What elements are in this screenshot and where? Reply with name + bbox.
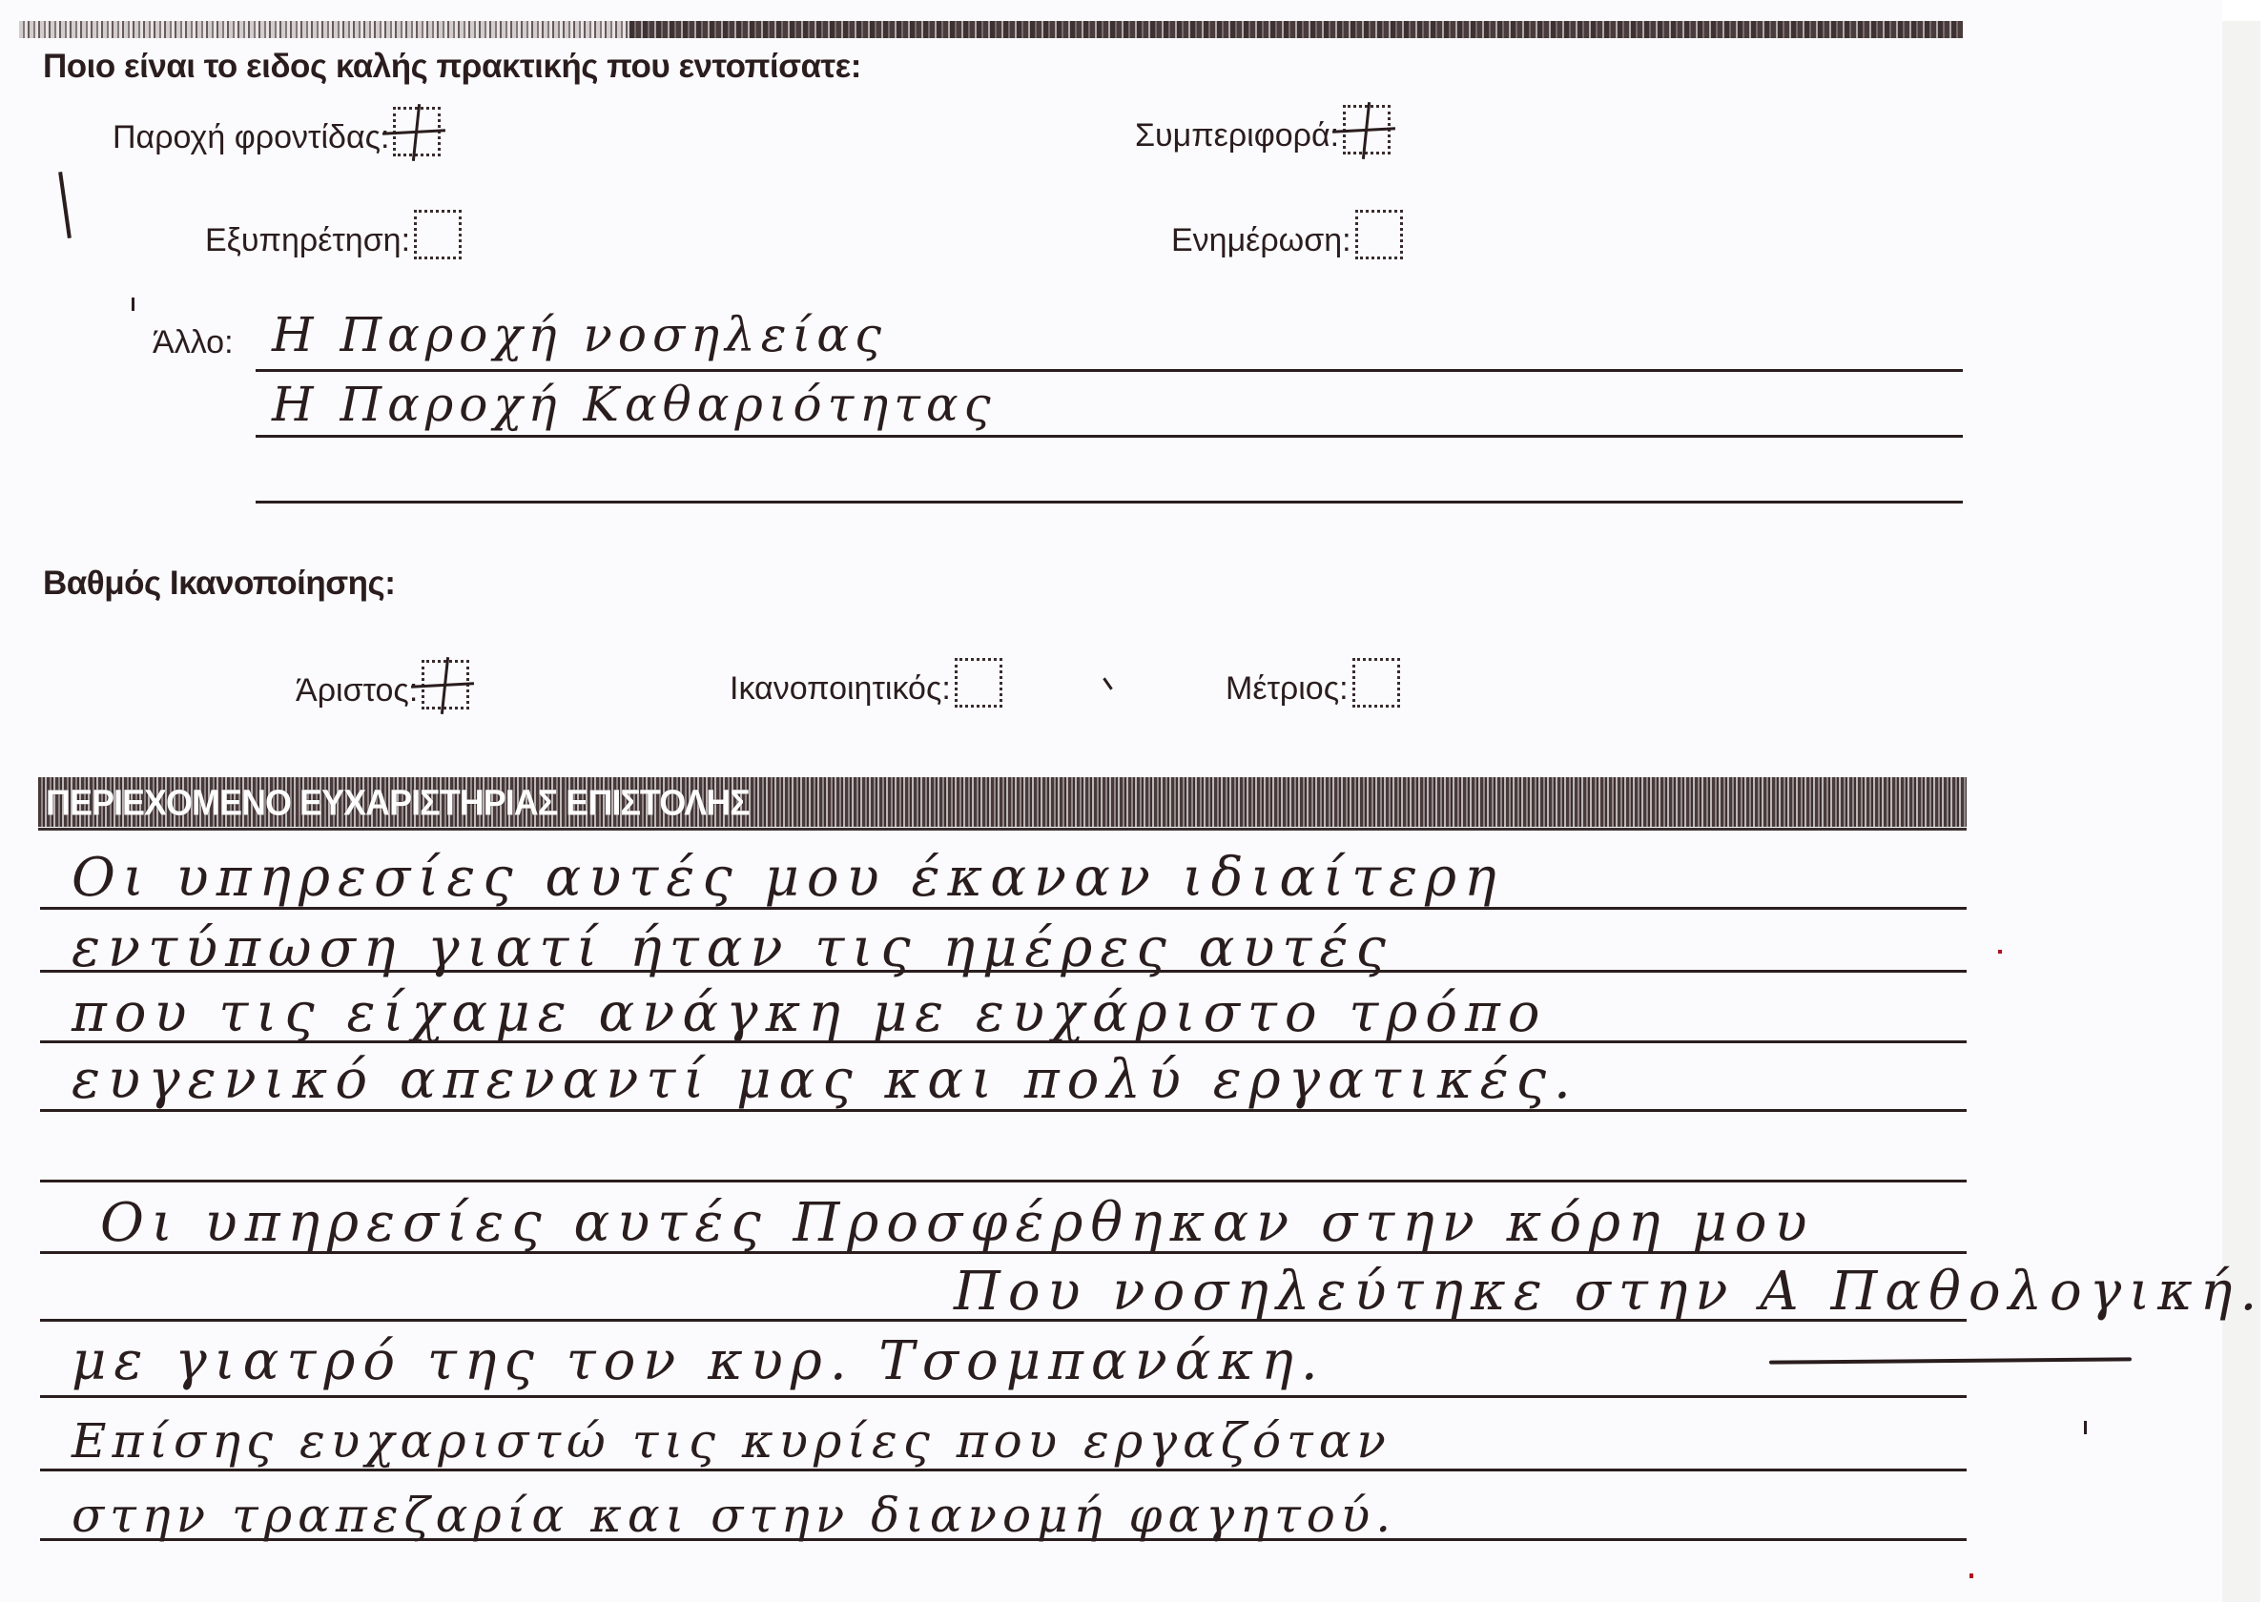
letter-content-heading: ΠΕΡΙΕΧΟΜΕΝΟ ΕΥΧΑΡΙΣΤΗΡΙΑΣ ΕΠΙΣΤΟΛΗΣ [46,782,750,824]
letter-line-1[interactable]: Οι υπηρεσίες αυτές μου έκαναν ιδιαίτερη [72,847,1504,909]
top-header-band [19,21,1963,38]
letter-rule-4 [40,1109,1967,1112]
scan-artifact [1969,1573,1973,1578]
behavior-checkbox[interactable] [1343,105,1391,154]
letter-rule-7 [40,1319,1967,1322]
option-care-provision[interactable]: Παροχή φροντίδας: [113,107,441,156]
top-header-band-dark [629,21,1963,38]
letter-line-8[interactable]: με γιατρό της τον κυρ. Τσομπανάκη. [72,1330,1326,1392]
other-line-2 [256,435,1963,438]
letter-line-3[interactable]: που τις είχαμε ανάγκη με ευχάριστο τρόπο [72,982,1548,1044]
option-label: Εξυπηρέτηση: [205,222,410,259]
letter-band-underline [38,828,1967,831]
other-line-3 [256,501,1963,504]
option-excellent[interactable]: Άριστος: [296,660,469,709]
scan-artifact [132,298,134,311]
option-moderate[interactable]: Μέτριος: [1226,658,1400,708]
scan-artifact [2084,1421,2087,1434]
practice-type-heading: Ποιο είναι το ειδος καλής πρακτικής που … [43,48,861,86]
option-information[interactable]: Ενημέρωση: [1171,210,1403,259]
information-checkbox[interactable] [1355,210,1403,259]
option-label: Ικανοποιητικός: [730,670,951,708]
service-checkbox[interactable] [414,210,462,259]
other-line-1 [256,369,1963,372]
letter-line-9[interactable]: Επίσης ευχαριστώ τις κυρίες που εργαζότα… [72,1413,1392,1469]
option-label: Παροχή φροντίδας: [113,119,389,156]
scan-artifact [1998,950,2002,954]
letter-rule-5 [40,1180,1967,1182]
letter-rule-1 [40,907,1967,910]
letter-rule-10 [40,1538,1967,1541]
letter-content-header-band: ΠΕΡΙΕΧΟΜΕΝΟ ΕΥΧΑΡΙΣΤΗΡΙΑΣ ΕΠΙΣΤΟΛΗΣ [38,777,1967,827]
satisfactory-checkbox[interactable] [955,658,1002,708]
excellent-checkbox[interactable] [422,660,469,709]
other-line-2-text[interactable]: Η Παροχή Καθαριότητας [272,377,997,432]
other-label: Άλλο: [153,324,234,361]
other-line-1-text[interactable]: Η Παροχή νοσηλείας [272,307,887,362]
option-label: Συμπεριφορά: [1135,117,1339,154]
option-label: Μέτριος: [1226,670,1349,708]
care-provision-checkbox[interactable] [393,107,441,156]
option-label: Άριστος: [296,672,418,709]
moderate-checkbox[interactable] [1352,658,1400,708]
other-label-text: Άλλο: [153,324,234,361]
scan-page-edge [2222,21,2260,1602]
option-behavior[interactable]: Συμπεριφορά: [1135,105,1391,154]
option-service[interactable]: Εξυπηρέτηση: [205,210,462,259]
option-satisfactory[interactable]: Ικανοποιητικός: [730,658,1002,708]
letter-line-10[interactable]: στην τραπεζαρία και στην διανομή φαγητού… [72,1488,1396,1543]
letter-line-4[interactable]: ευγενικό απεναντί μας και πολύ εργατικές… [72,1049,1578,1111]
letter-line-7[interactable]: Που νοσηλεύτηκε στην Α Παθολογική. [954,1261,2264,1323]
option-label: Ενημέρωση: [1171,222,1351,259]
satisfaction-heading: Βαθμός Ικανοποίησης: [43,565,395,603]
letter-rule-8 [40,1395,1967,1398]
letter-rule-9 [40,1469,1967,1471]
letter-line-6[interactable]: Οι υπηρεσίες αυτές Προσφέρθηκαν στην κόρ… [100,1192,1815,1254]
letter-rule-2 [40,970,1967,973]
letter-rule-3 [40,1040,1967,1043]
letter-rule-6 [40,1251,1967,1254]
